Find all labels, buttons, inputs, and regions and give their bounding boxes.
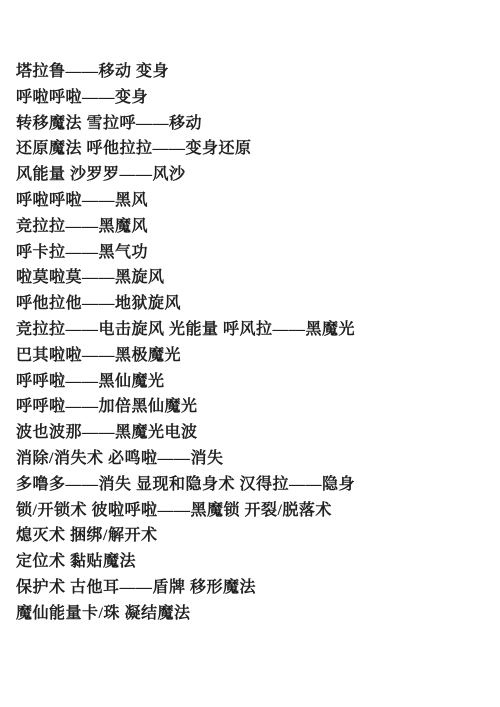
spell-line: 巴其啦啦——黑极魔光 [16,343,488,369]
spell-list: 塔拉鲁——移动 变身 呼啦呼啦——变身 转移魔法 雪拉呼——移动 还原魔法 呼他… [16,59,488,627]
spell-line: 塔拉鲁——移动 变身 [16,59,488,85]
spell-line: 呼呼啦——加倍黑仙魔光 [16,394,488,420]
spell-line: 呼呼啦——黑仙魔光 [16,369,488,395]
spell-line: 保护术 古他耳——盾牌 移形魔法 [16,575,488,601]
spell-line: 魔仙能量卡/珠 凝结魔法 [16,601,488,627]
spell-line: 呼卡拉——黑气功 [16,240,488,266]
spell-line: 锁/开锁术 彼啦呼啦——黑魔锁 开裂/脱落术 [16,498,488,524]
spell-line: 竞拉拉——电击旋风 光能量 呼风拉——黑魔光 [16,317,488,343]
spell-line: 呼啦呼啦——变身 [16,85,488,111]
spell-line: 啦莫啦莫——黑旋风 [16,265,488,291]
spell-line: 波也波那——黑魔光电波 [16,420,488,446]
spell-line: 呼啦呼啦——黑风 [16,188,488,214]
spell-line: 多噜多——消失 显现和隐身术 汉得拉——隐身 [16,472,488,498]
spell-line: 还原魔法 呼他拉拉——变身还原 [16,136,488,162]
spell-line: 消除/消失术 必鸣啦——消失 [16,446,488,472]
document-page: 塔拉鲁——移动 变身 呼啦呼啦——变身 转移魔法 雪拉呼——移动 还原魔法 呼他… [0,0,500,707]
spell-line: 熄灭术 捆绑/解开术 [16,523,488,549]
spell-line: 竞拉拉——黑魔风 [16,214,488,240]
spell-line: 定位术 黏贴魔法 [16,549,488,575]
spell-line: 呼他拉他——地狱旋风 [16,291,488,317]
spell-line: 转移魔法 雪拉呼——移动 [16,111,488,137]
spell-line: 风能量 沙罗罗——风沙 [16,162,488,188]
